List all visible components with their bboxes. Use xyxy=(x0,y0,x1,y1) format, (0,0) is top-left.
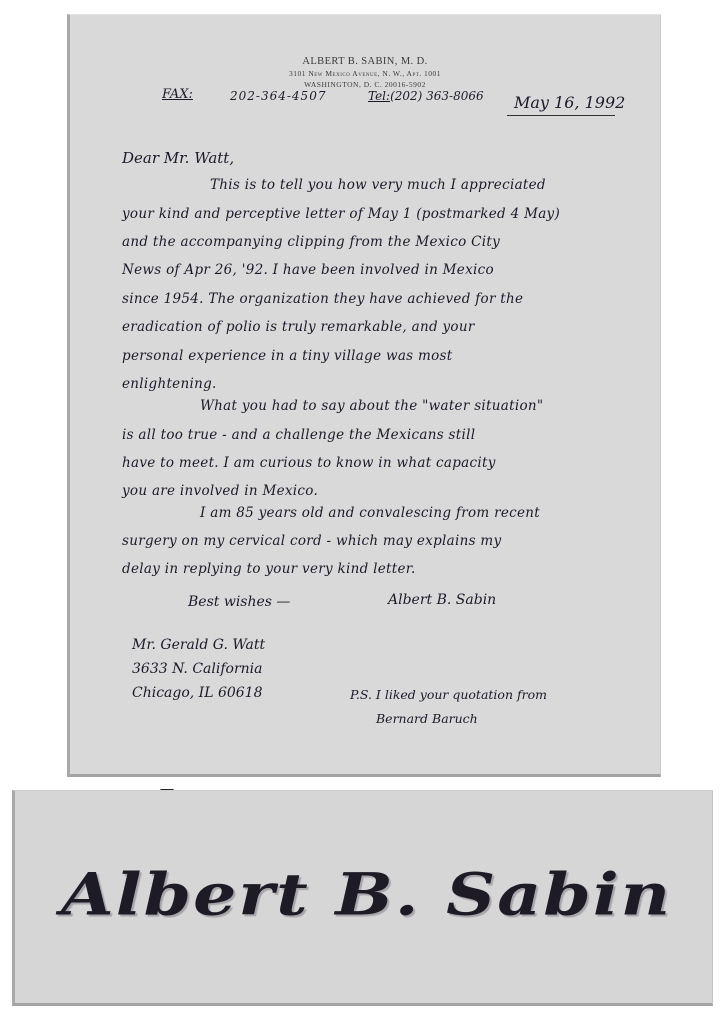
tel-number: (202) 363-8066 xyxy=(390,89,484,103)
letterhead-address-line2: WASHINGTON, D. C. 20016-5902 xyxy=(70,79,660,90)
fax-number: 202-364-4507 xyxy=(230,89,326,103)
body-line: I am 85 years old and convalescing from … xyxy=(200,505,540,521)
body-line: since 1954. The organization they have a… xyxy=(122,291,523,307)
body-line: This is to tell you how very much I appr… xyxy=(210,177,546,193)
recipient-line2: 3633 N. California xyxy=(132,661,263,677)
letterhead-address-line1: 3101 New Mexico Avenue, N. W., Apt. 1001 xyxy=(70,68,660,79)
recipient-line1: Mr. Gerald G. Watt xyxy=(132,637,265,653)
letter-page: ALBERT B. SABIN, M. D. 3101 New Mexico A… xyxy=(67,14,661,777)
signature-closeup-panel: Albert B. Sabin xyxy=(12,790,713,1006)
body-line: is all too true - and a challenge the Me… xyxy=(122,427,475,443)
telephone: Tel:(202) 363-8066 xyxy=(368,89,484,103)
body-line: News of Apr 26, '92. I have been involve… xyxy=(122,262,494,278)
signature-enlarged: Albert B. Sabin xyxy=(61,861,672,929)
postscript-line1: P.S. I liked your quotation from xyxy=(350,687,547,702)
postscript-line2: Bernard Baruch xyxy=(376,711,478,726)
body-line: enlightening. xyxy=(122,376,217,392)
body-line: have to meet. I am curious to know in wh… xyxy=(122,455,496,471)
body-line: eradication of polio is truly remarkable… xyxy=(122,319,475,335)
letter-date: May 16, 1992 xyxy=(514,93,625,112)
date-underline xyxy=(507,115,615,116)
closing: Best wishes — xyxy=(188,594,290,610)
letterhead-name: ALBERT B. SABIN, M. D. xyxy=(70,55,660,68)
body-line: your kind and perceptive letter of May 1… xyxy=(122,206,560,222)
body-line: personal experience in a tiny village wa… xyxy=(122,348,452,364)
body-line: and the accompanying clipping from the M… xyxy=(122,234,500,250)
salutation: Dear Mr. Watt, xyxy=(122,149,234,167)
body-line: you are involved in Mexico. xyxy=(122,483,318,499)
tel-label: Tel: xyxy=(368,89,390,103)
body-line: What you had to say about the "water sit… xyxy=(200,398,543,414)
letterhead: ALBERT B. SABIN, M. D. 3101 New Mexico A… xyxy=(70,55,660,90)
recipient-line3: Chicago, IL 60618 xyxy=(132,685,263,701)
signature: Albert B. Sabin xyxy=(388,592,496,608)
fax-label: FAX: xyxy=(162,87,193,102)
body-line: delay in replying to your very kind lett… xyxy=(122,561,416,577)
body-line: surgery on my cervical cord - which may … xyxy=(122,533,501,549)
